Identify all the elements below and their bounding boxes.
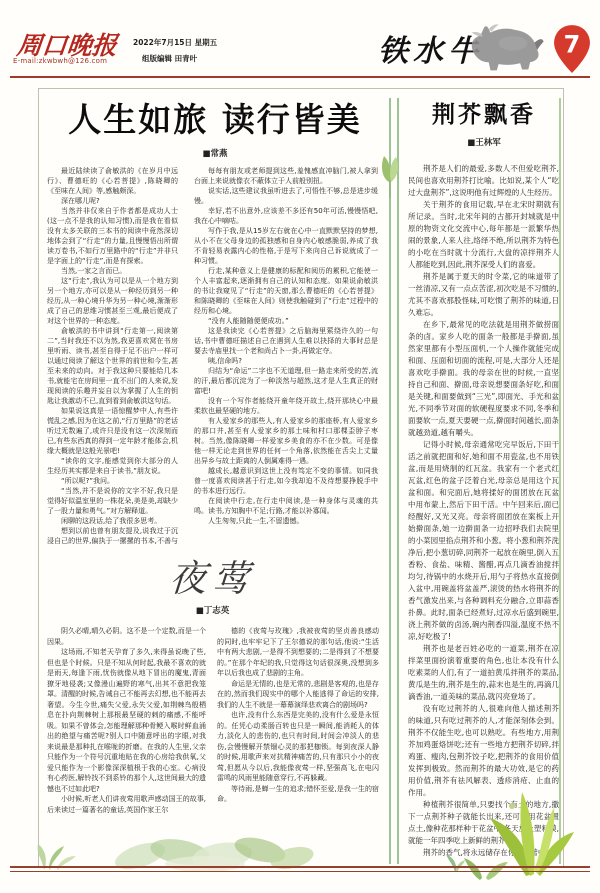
editor-line: 组版编辑 田青叶	[142, 53, 197, 64]
newspaper-page: 周口晚报 E-mail:zkwbwh@126.com 2022年7月15日 星期…	[0, 0, 600, 893]
paragraph: “没有人能随随便便成功。”	[194, 316, 378, 326]
date-line: 2022年7月15日 星期五	[133, 37, 217, 48]
paragraph: 也许,没有什么东西是完美的,没有什么爱是永恒的。任凭心动柔肠百转也只是一瞬间,能…	[217, 710, 379, 784]
paragraph: 最近陆续读了俞敏洪的《在岁月中远行》、曹德旺的《心若菩提》,陈晓卿的《至味在人间…	[47, 166, 178, 196]
paragraph: 越成长,越意识到这世上没有笃定不变的事情。如同我曾一度喜欢阅读甚于行走,如今我却…	[194, 466, 378, 496]
bull-illustration	[458, 20, 550, 74]
paragraph: 阴久必晴,晴久必阴。这不是一个定数,而是一个因果。	[47, 626, 206, 647]
right-edge-green-line	[559, 98, 561, 864]
nightingale-column-1: 阴久必晴,晴久必阴。这不是一个定数,而是一个因果。这场雨,不知老天孕育了多久,来…	[47, 626, 206, 846]
paragraph: 闲聊的这段话,给了我很多思考。	[47, 516, 178, 526]
paragraph: 当然并非仅来自于作者都是成功人士(这一点不是我的认知习惯),而是我在看似没有太多…	[47, 206, 178, 266]
paragraph: 行走,某种意义上是健康的标配和阅历的累积,它能使一个人丰富起来,逐渐拥有自己的认…	[194, 266, 378, 316]
main-article-column-1: 最近陆续读了俞敏洪的《在岁月中远行》、曹德旺的《心若菩提》,陈晓卿的《至味在人间…	[47, 166, 178, 546]
paragraph: 在阅读中行走,在行走中阅读,是一种身体与灵魂的共鸣。读书,方知胸中不足;行路,才…	[194, 496, 378, 516]
divider-line-right	[397, 98, 399, 864]
paragraph: 如果说这真是一语惊醒梦中人,有些许慌乱之感,因为在这之前,“行万里路”的老话听过…	[47, 406, 178, 456]
paragraph: 人生匆匆,只此一生,不留遗憾。	[194, 516, 378, 526]
paragraph: 这“行走”,我认为可以是从一个地方到另一个地方,亦可以是从一种经历到另一种经历,…	[47, 276, 178, 326]
header-rule	[10, 76, 590, 78]
page-number: 7	[564, 30, 581, 58]
paragraph: 这是我读完《心若菩提》之后脑海里萦绕许久的一句话,书中曹德旺描述自己在遇到人生难…	[194, 326, 378, 356]
paragraph: “当然,并不是说你的文字不好,我只是觉得好似温室里的一株花朵,美是美,却缺少了一…	[47, 486, 178, 516]
paragraph: 荆芥是属于夏天的时令菜,它的味道带了一丝清凉,又有一点点苦涩,初次吃是不习惯的,…	[408, 271, 559, 319]
plant-decoration-right	[462, 756, 578, 880]
paragraph: 等待雨,是蝉一生的追求;错怀至爱,是我一生的宿命。	[217, 784, 379, 805]
paragraph: 想到以前也曾有朋友提及,说我过于沉浸自己的世界,偏执于一摞摞的书本,不善与人沟通…	[47, 526, 178, 546]
plant-decoration-left	[34, 834, 82, 870]
main-article-column-2: 每每有朋友或老师提到这些,羞愧感直冲脑门,被人拿到台面上来说就像衣不蔽体立于人前…	[194, 166, 378, 554]
paragraph: 命运是无情的,也是无常的,悲剧是客观的,也是存在的,然而我们现实中的哪个人能逃得…	[217, 679, 379, 711]
paragraph: “读你的文字,能感觉到你大部分的人生经历其实都是来自于读书,”朋友说。	[47, 456, 178, 476]
paragraph: 荆芥是人们的最爱,多数人不但爱吃荆芥,民间也喜欢用荆芥打比喻。比如说,某个人“吃…	[408, 163, 559, 199]
nightingale-author: ■丁志英	[45, 604, 380, 616]
paragraph: 没有一个写作者能绕开童年绕开故土,绕开那块心中最柔软也最坚硬的地方。	[194, 396, 378, 416]
page-number-badge: 7	[552, 24, 592, 74]
nightingale-column-2: 德的《夜莺与玫瑰》,我被夜莺的坚贞善良感动的同时,也牢牢记下了王尔德说的那句话,…	[217, 626, 379, 858]
paragraph: 幸好,若不出意外,应该差不多还有50年可活,慢慢悟吧,我在心中嘀咕。	[194, 206, 378, 226]
jingjie-author: ■王林军	[406, 136, 562, 148]
paragraph: 有人爱家乡的那些人,有人爱家乡的那座桥,有人爱家乡的那口井,甚至有人爱家乡的那土…	[194, 416, 378, 466]
leaf-ornament-icon	[376, 152, 406, 198]
main-article-author: ■常燕	[45, 147, 385, 159]
paragraph: 这场雨,不知老天孕育了多久,来得虽说晚了些,但也是个时候。只是不知从何时起,我最…	[47, 647, 206, 794]
paragraph: 每每有朋友或老师提到这些,羞愧感直冲脑门,被人拿到台面上来说就像衣不蔽体立于人前…	[194, 166, 378, 186]
paragraph: 在乡下,最常见的吃法就是用荆芥做捞面条的卤。家乡人吃的面条一般都是手擀面,虽然家…	[408, 319, 559, 439]
paragraph: 说实话,这些建议我虽听进去了,可悟性不够,总是进步缓慢。	[194, 186, 378, 206]
email-line: E-mail:zkwbwh@126.com	[13, 57, 107, 65]
paragraph: “所以呢?”我问。	[47, 476, 178, 486]
main-article-title: 人生如旅 读行皆美	[45, 94, 385, 141]
paragraph: 记得小时候,母亲通常吃完早饭后,下田干活之前就把面和好,她和面不用瓷盆,也不用铁…	[408, 439, 559, 643]
bottom-rule-thin	[10, 871, 590, 872]
nightingale-title: 夜莺	[43, 548, 382, 602]
paragraph: 俞敏洪的书中讲到“行走第一,阅读第二”,当时我还不以为然,我更喜欢窝在书房里听雨…	[47, 326, 178, 406]
bottom-rule-thick	[10, 866, 590, 868]
paragraph: 深在哪儿呢?	[47, 196, 178, 206]
paragraph: 小时候,听老人们讲夜莺用歌声感动国王的故事,后来读过一篇著名的童话,英国作家王尔	[47, 794, 206, 815]
paragraph: 德的《夜莺与玫瑰》,我被夜莺的坚贞善良感动的同时,也牢牢记下了王尔德说的那句话,…	[217, 626, 379, 679]
paragraph: 归结为“命运”二字也不无道理,但一路走来所受的苦,流的汗,最后都沉淀为了一种淡然…	[194, 366, 378, 396]
jingjie-title: 荆芥飘香	[406, 96, 562, 129]
paragraph: 当然,一家之言而已。	[47, 266, 178, 276]
plant-decoration-tiny	[444, 852, 466, 872]
paragraph: 咦,信命吗?	[194, 356, 378, 366]
paragraph: 荆芥也是老百姓必吃的一道菜,荆芥在凉拌菜里面扮演着重要的角色,也让本没有什么吃素…	[408, 643, 559, 703]
paragraph: 关于荆芥的食用记载,早在北宋时期就有所记录。当时,北宋年间的古都开封城就是中原的…	[408, 199, 559, 271]
paragraph: 写作于我,是从15岁左右就在心中一直默默坚持的梦想,从小不在父母身边的孤独感和自…	[194, 226, 378, 266]
divider-line-left	[389, 98, 391, 864]
